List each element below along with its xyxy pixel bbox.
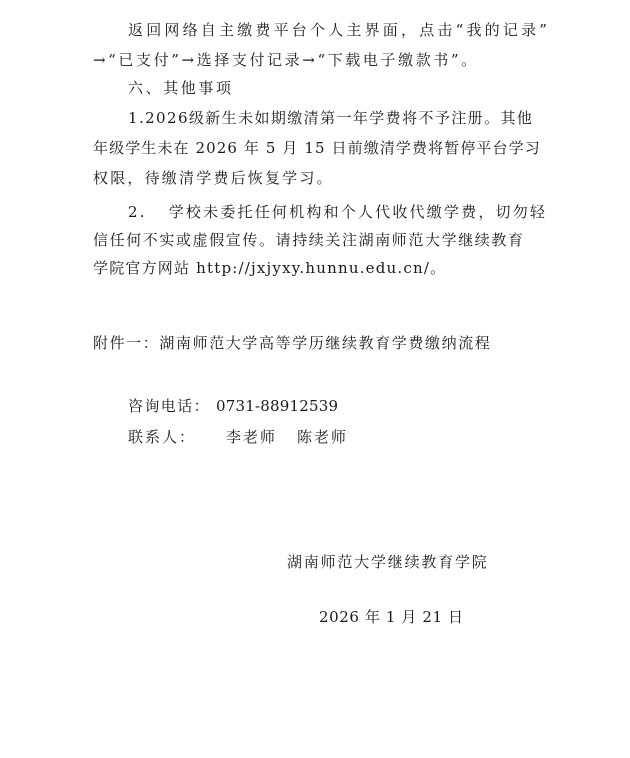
paragraph-line: 1.2026级新生未如期缴清第一年学费将不予注册。其他 [128,108,533,128]
signature-date: 2026 年 1 月 21 日 [319,607,464,627]
contact-person: 陈老师 [297,428,348,446]
website-line: 学院官方网站 http://jxjyxy.hunnu.edu.cn/。 [93,258,446,278]
phone-label: 咨询电话： [128,397,210,415]
paragraph-line: 返回网络自主缴费平台个人主界面，点击“我的记录” [128,20,550,40]
phone-value: 0731-88912539 [216,397,338,415]
paragraph-line: 权限，待缴清学费后恢复学习。 [93,168,334,188]
attachment-title: 附件一：湖南师范大学高等学历继续教育学费缴纳流程 [93,333,491,353]
contact-phone: 咨询电话：0731-88912539 [128,396,338,416]
paragraph-line: 2.学校未委托任何机构和个人代收代缴学费，切勿轻 [128,202,547,222]
paragraph-line: 信任何不实或虚假宣传。请持续关注湖南师范大学继续教育 [93,230,525,250]
paragraph-line: →“已支付”→选择支付记录→“下载电子缴款书”。 [93,50,479,70]
document-page: 返回网络自主缴费平台个人主界面，点击“我的记录” →“已支付”→选择支付记录→“… [0,0,630,758]
persons-label: 联系人： [128,428,196,446]
list-number: 2. [128,203,147,221]
contact-persons: 联系人：李老师陈老师 [128,427,348,447]
section-heading: 六、其他事项 [128,78,234,98]
contact-person: 李老师 [226,428,277,446]
paragraph-line: 年级学生未在 2026 年 5 月 15 日前缴清学费将暂停平台学习 [93,138,541,158]
list-text: 学校未委托任何机构和个人代收代缴学费，切勿轻 [169,203,547,221]
signature-organization: 湖南师范大学继续教育学院 [287,552,489,572]
